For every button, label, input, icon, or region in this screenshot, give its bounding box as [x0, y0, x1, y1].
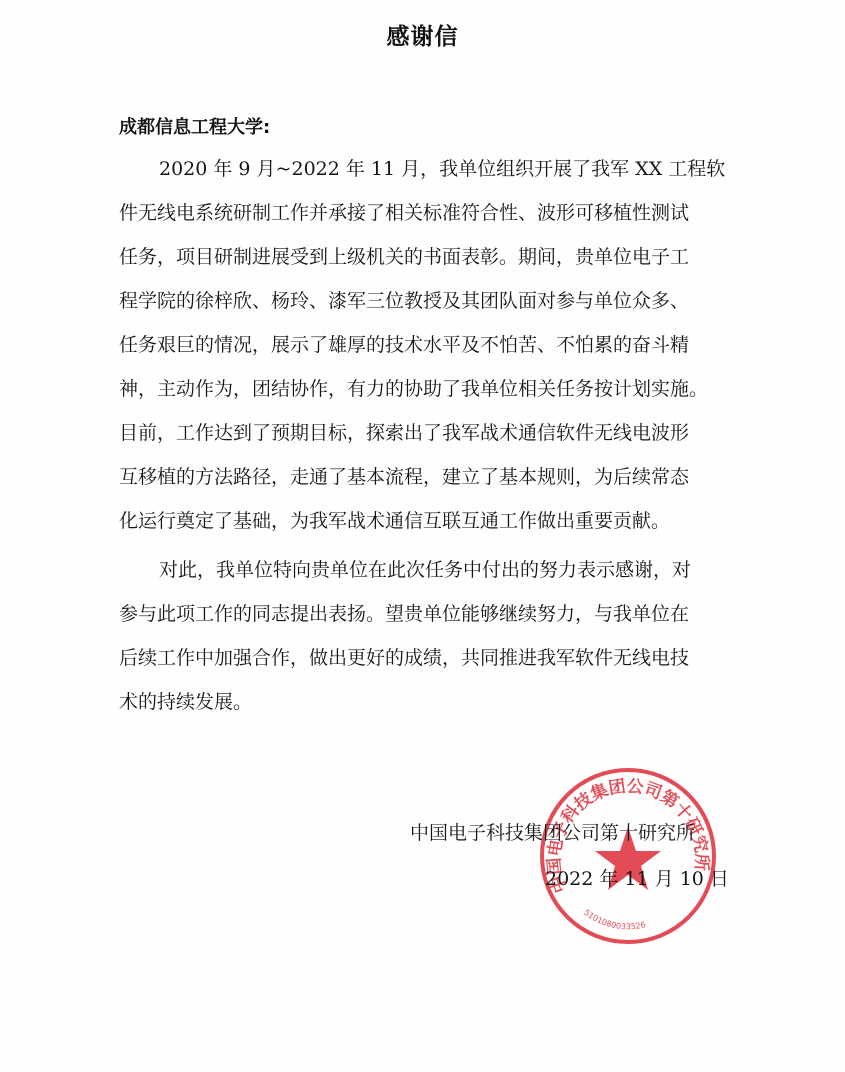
- paragraph-line: 化运行奠定了基础，为我军战术通信互联互通工作做出重要贡献。: [119, 499, 619, 543]
- paragraph-line: 神，主动作为，团结协作，有力的协助了我单位相关任务按计划实施。: [119, 367, 619, 411]
- paragraph-line: 互移植的方法路径，走通了基本流程，建立了基本规则，为后续常态: [119, 455, 619, 499]
- paragraph-line: 件无线电系统研制工作并承接了相关标准符合性、波形可移植性测试: [119, 191, 619, 235]
- paragraph-line: 任务艰巨的情况，展示了雄厚的技术水平及不怕苦、不怕累的奋斗精: [119, 323, 619, 367]
- salutation: 成都信息工程大学:: [119, 113, 270, 139]
- official-seal: 中国电子科技集团公司第十研究所 5101080033526: [537, 765, 719, 947]
- letter-page: 感谢信 成都信息工程大学: 2020 年 9 月~2022 年 11 月，我单位…: [0, 0, 845, 1072]
- paragraph-line: 对此，我单位特向贵单位在此次任务中付出的努力表示感谢，对: [119, 548, 619, 592]
- signature-organization: 中国电子科技集团公司第十研究所: [410, 818, 695, 845]
- svg-text:5101080033526: 5101080033526: [582, 908, 646, 931]
- paragraph-line: 程学院的徐梓欣、杨玲、漆军三位教授及其团队面对参与单位众多、: [119, 279, 619, 323]
- seal-serial-number: 5101080033526: [582, 908, 646, 931]
- document-title: 感谢信: [0, 18, 845, 51]
- paragraph-line: 目前，工作达到了预期目标，探索出了我军战术通信软件无线电波形: [119, 411, 619, 455]
- paragraph-1: 2020 年 9 月~2022 年 11 月，我单位组织开展了我军 XX 工程软…: [119, 147, 619, 543]
- paragraph-line: 后续工作中加强合作，做出更好的成绩，共同推进我军软件无线电技: [119, 636, 619, 680]
- paragraph-line: 2020 年 9 月~2022 年 11 月，我单位组织开展了我军 XX 工程软: [119, 147, 619, 191]
- paragraph-line: 术的持续发展。: [119, 680, 619, 724]
- paragraph-line: 任务，项目研制进展受到上级机关的书面表彰。期间，贵单位电子工: [119, 235, 619, 279]
- paragraph-line: 参与此项工作的同志提出表扬。望贵单位能够继续努力，与我单位在: [119, 592, 619, 636]
- paragraph-2: 对此，我单位特向贵单位在此次任务中付出的努力表示感谢，对 参与此项工作的同志提出…: [119, 548, 619, 724]
- signature-date: 2022 年 11 月 10 日: [545, 864, 729, 891]
